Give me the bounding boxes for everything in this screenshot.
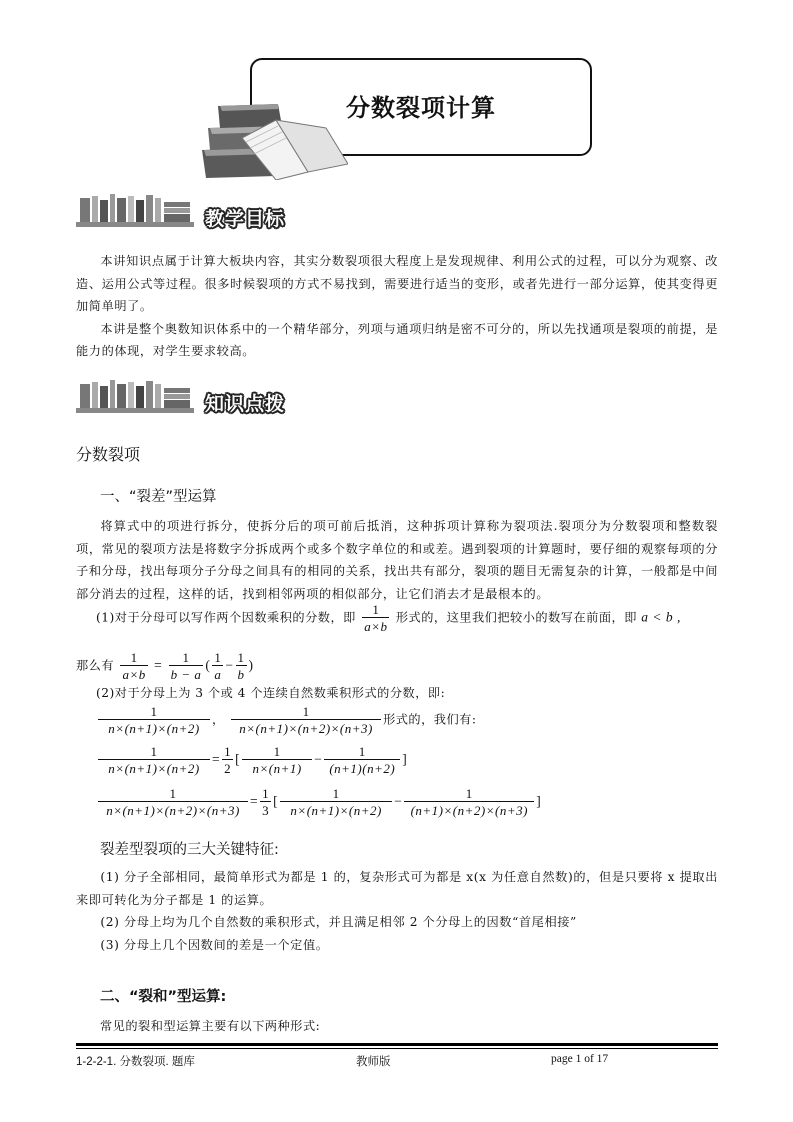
bracket-open: [ <box>273 794 278 809</box>
equals: = <box>154 658 162 673</box>
case1-line: (1)对于分母可以写作两个因数乘积的分数，即 1a×b 形式的，这里我们把较小的… <box>96 602 681 634</box>
equals: = <box>212 752 220 767</box>
feature-item: (2) 分母上均为几个自然数的乘积形式，并且满足相邻 2 个分母上的因数“首尾相… <box>76 911 718 934</box>
minus: − <box>314 752 322 767</box>
section-heading-objectives: 教学目标 <box>205 204 285 231</box>
fraction: 1n×(n+1)×(n+2) <box>280 786 392 818</box>
fraction: 1b − a <box>169 650 204 682</box>
section-heading-knowledge: 知识点拨 <box>205 389 285 416</box>
case2-formula2: 1n×(n+1)×(n+2)×(n+3)=13[1n×(n+1)×(n+2)−1… <box>96 786 541 818</box>
fraction: 1(n+1)(n+2) <box>324 744 400 776</box>
case1-formula-line: 那么有 1a×b = 1b − a(1a−1b) <box>76 650 254 682</box>
footer-edition: 教师版 <box>356 1053 391 1069</box>
fraction: 1n×(n+1) <box>242 744 312 776</box>
separator: ， <box>212 713 225 727</box>
fraction: 1a <box>212 650 223 682</box>
footer-page-number: page 1 of 17 <box>551 1053 608 1065</box>
part1-heading: 一、“裂差”型运算 <box>100 485 217 506</box>
footer-doc-id: 1-2-2-1. 分数裂项. 题库 <box>76 1053 195 1069</box>
case1-suffix: 形式的，这里我们把较小的数写在前面，即 <box>396 611 637 625</box>
feature-item: (1) 分子全部相同，最简单形式为都是 1 的，复杂形式可为都是 x(x 为任意… <box>76 866 718 911</box>
features-list: (1) 分子全部相同，最简单形式为都是 1 的，复杂形式可为都是 x(x 为任意… <box>76 866 718 956</box>
case2-forms-line: 1n×(n+1)×(n+2)， 1n×(n+1)×(n+2)×(n+3)形式的，… <box>96 704 476 736</box>
fraction: 1b <box>236 650 247 682</box>
case2-formula1: 1n×(n+1)×(n+2)=12[1n×(n+1)−1(n+1)(n+2)] <box>96 744 407 776</box>
features-heading: 裂差型裂项的三大关键特征: <box>100 838 279 859</box>
objective-paragraph: 本讲是整个奥数知识体系中的一个精华部分，列项与通项归纳是密不可分的，所以先找通项… <box>76 318 718 363</box>
objective-paragraph: 本讲知识点属于计算大板块内容，其实分数裂项很大程度上是发现规律、利用公式的过程，… <box>76 250 718 318</box>
minus: − <box>225 658 233 673</box>
bookshelf-icon <box>76 378 196 414</box>
topic-heading: 分数裂项 <box>76 442 140 465</box>
paren-open: ( <box>205 658 210 673</box>
bookshelf-icon <box>76 192 196 228</box>
fraction: 13 <box>260 786 271 818</box>
bracket-open: [ <box>235 752 240 767</box>
bracket-close: ] <box>536 794 541 809</box>
case1-prefix: (1)对于分母可以写作两个因数乘积的分数，即 <box>96 611 356 625</box>
objectives-text: 本讲知识点属于计算大板块内容，其实分数裂项很大程度上是发现规律、利用公式的过程，… <box>76 250 718 363</box>
case2-prefix: (2)对于分母上为 3 个或 4 个连续自然数乘积形式的分数，即: <box>96 684 445 701</box>
case1-then: 那么有 <box>76 659 114 673</box>
fraction: 1n×(n+1)×(n+2)×(n+3) <box>231 704 381 736</box>
footer-rule <box>76 1043 718 1046</box>
feature-item: (3) 分母上几个因数间的差是一个定值。 <box>76 934 718 957</box>
case1-condition: a < b , <box>641 610 681 625</box>
case2-suffix: 形式的，我们有: <box>383 713 476 727</box>
minus: − <box>394 794 402 809</box>
fraction: 1n×(n+1)×(n+2) <box>98 744 210 776</box>
book-stack-icon <box>198 98 348 180</box>
equals: = <box>250 794 258 809</box>
fraction: 12 <box>222 744 233 776</box>
part1-intro-paragraph: 将算式中的项进行拆分，使拆分后的项可前后抵消，这种拆项计算称为裂项法.裂项分为分… <box>76 515 718 605</box>
paren-close: ) <box>249 658 254 673</box>
footer-rule <box>76 1048 718 1049</box>
fraction: 1(n+1)×(n+2)×(n+3) <box>404 786 534 818</box>
fraction: 1a×b <box>362 602 389 634</box>
fraction: 1a×b <box>120 650 147 682</box>
part2-heading: 二、“裂和”型运算: <box>100 985 226 1006</box>
part2-intro: 常见的裂和型运算主要有以下两种形式: <box>100 1017 320 1034</box>
bracket-close: ] <box>402 752 407 767</box>
fraction: 1n×(n+1)×(n+2)×(n+3) <box>98 786 248 818</box>
part1-intro: 将算式中的项进行拆分，使拆分后的项可前后抵消，这种拆项计算称为裂项法.裂项分为分… <box>76 515 718 605</box>
fraction: 1n×(n+1)×(n+2) <box>98 704 210 736</box>
